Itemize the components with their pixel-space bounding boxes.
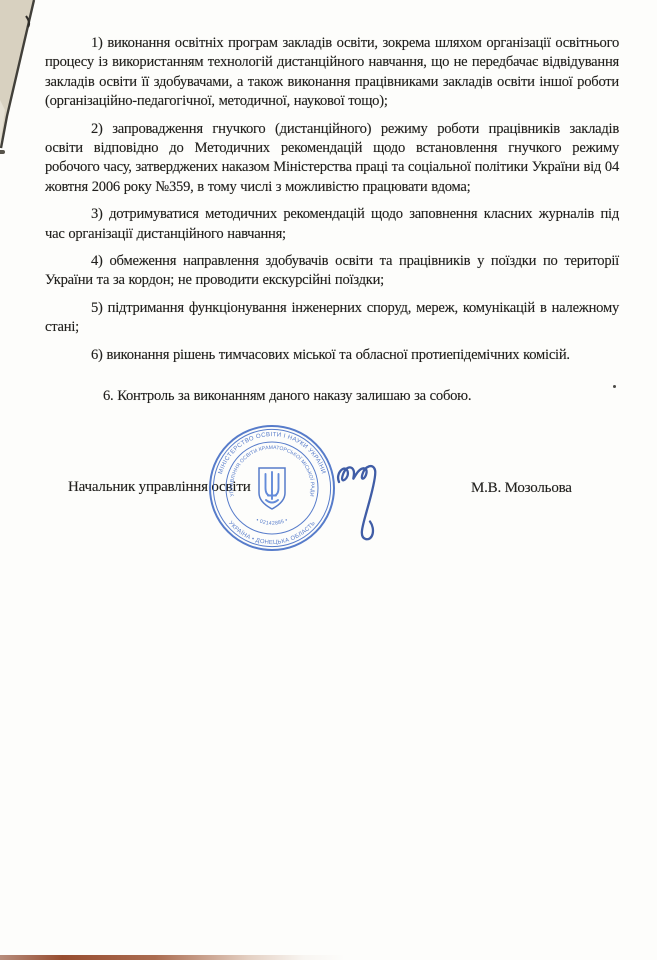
stamp-code-text: • 02142885 •: [255, 517, 289, 526]
svg-text:• 02142885 •: • 02142885 •: [255, 517, 289, 526]
stray-ink-dot: [613, 385, 616, 388]
control-clause: 6. Контроль за виконанням даного наказу …: [45, 387, 619, 406]
order-item-4: 4) обмеження направлення здобувачів осві…: [45, 252, 619, 291]
order-item-5: 5) підтримання функціонування інженерних…: [45, 299, 619, 338]
official-round-stamp: МІНІСТЕРСТВО ОСВІТИ І НАУКИ УКРАЇНИ УКРА…: [205, 421, 339, 555]
order-item-2: 2) запровадження гнучкого (дистанційного…: [45, 120, 619, 198]
trident-emblem-icon: [259, 468, 285, 509]
signature-scrawl: [332, 458, 408, 550]
scanned-document-page: 1) виконання освітніх програм закладів о…: [0, 0, 657, 960]
order-item-3: 3) дотримуватися методичних рекомендацій…: [45, 205, 619, 244]
scan-speck: [0, 150, 5, 154]
order-item-6: 6) виконання рішень тимчасових міської т…: [45, 346, 619, 365]
order-item-1: 1) виконання освітніх програм закладів о…: [45, 34, 619, 112]
document-body: 1) виконання освітніх програм закладів о…: [45, 34, 619, 415]
signer-name: М.В. Мозольова: [471, 480, 572, 497]
scan-bottom-edge: [0, 955, 345, 960]
